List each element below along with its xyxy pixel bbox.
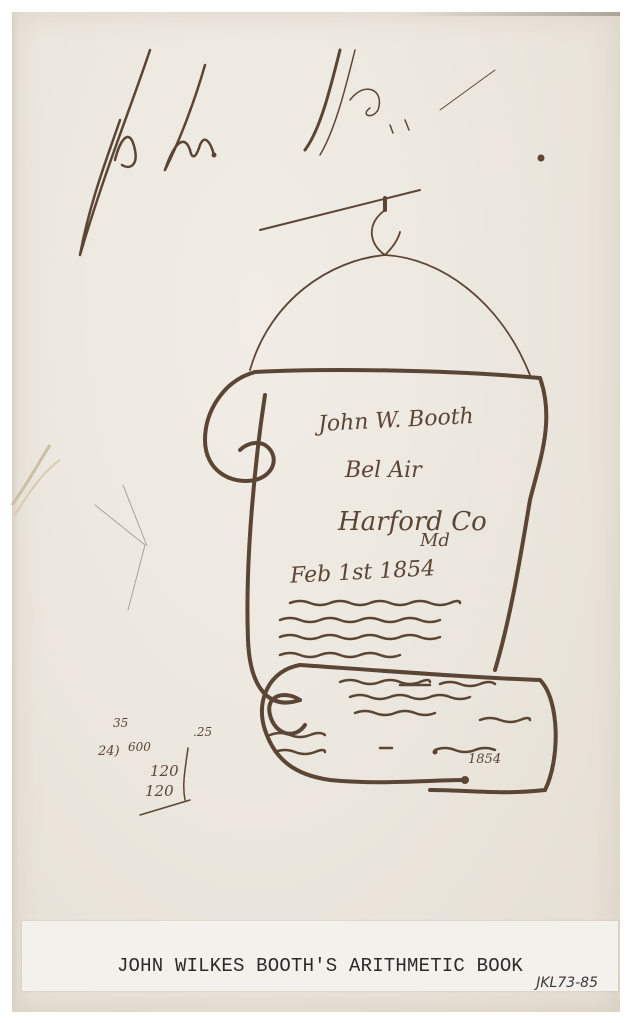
top-signature-strokes [80, 50, 495, 255]
scroll-lower-year: 1854 [468, 752, 501, 767]
museum-label: JOHN WILKES BOOTH'S ARITHMETIC BOOK JKL7… [22, 921, 618, 991]
label-title: JOHN WILKES BOOTH'S ARITHMETIC BOOK [22, 955, 618, 977]
scroll-line-state: Md [420, 530, 450, 551]
catalog-number: JKL73-85 [536, 975, 598, 991]
ink-drawing [0, 0, 637, 1023]
calc-600: 600 [128, 740, 151, 754]
calc-120-b: 120 [145, 782, 174, 800]
calc-120-a: 120 [150, 762, 179, 780]
calc-35: 35 [113, 716, 128, 730]
scroll-line-county: Harford Co [338, 507, 487, 537]
calc-divisor: 24) [98, 744, 120, 759]
calc-quotient: .25 [193, 725, 212, 739]
scroll-line-town: Bel Air [345, 458, 422, 483]
